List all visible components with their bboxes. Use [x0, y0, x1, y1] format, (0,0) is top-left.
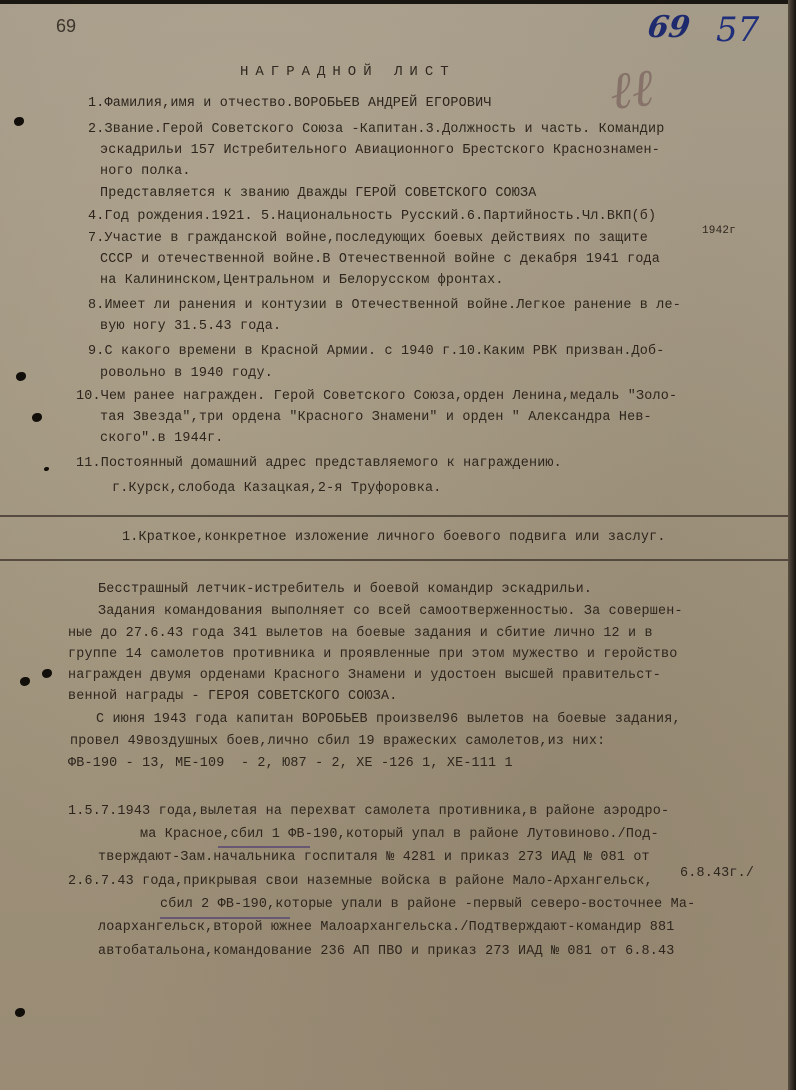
field-9-10-service: 9.С какого времени в Красной Армии. с 19… — [88, 344, 665, 360]
field-2-rank: 2.Звание.Герой Советского Союза -Капитан… — [88, 122, 665, 138]
episode-2: 2.6.7.43 года,прикрывая свои наземные во… — [68, 874, 653, 890]
episode-1-cont: ма Красное,сбил 1 ФВ-190,который упал в … — [140, 827, 659, 843]
narrative-line: венной награды - ГЕРОЯ СОВЕТСКОГО СОЮЗА. — [68, 689, 397, 705]
scan-edge-shadow — [788, 0, 796, 1090]
field-7-war-participation: 7.Участие в гражданской войне,последующи… — [88, 231, 648, 247]
binding-hole — [20, 677, 30, 686]
narrative-line: группе 14 самолетов противника и проявле… — [68, 647, 677, 663]
handwritten-underline — [160, 917, 290, 919]
binding-hole — [16, 372, 26, 381]
episode-2-cont: лоархангельск,второй южнее Малоархангель… — [98, 920, 675, 936]
document-title: НАГРАДНОЙ ЛИСТ — [240, 64, 456, 80]
field-8-cont: вую ногу 31.5.43 года. — [100, 319, 281, 335]
archive-mark-handwritten: 69 — [646, 10, 693, 45]
episode-1: 1.5.7.1943 года,вылетая на перехват само… — [68, 804, 669, 820]
section-header-feat: 1.Краткое,конкретное изложение личного б… — [122, 530, 666, 546]
field-8-wounds: 8.Имеет ли ранения и контузии в Отечеств… — [88, 298, 681, 314]
nomination-line: Представляется к званию Дважды ГЕРОЙ СОВ… — [100, 186, 537, 202]
field-11-address-value: г.Курск,слобода Казацкая,2-я Труфоровка. — [112, 481, 441, 497]
episode-1-date: 6.8.43г./ — [680, 866, 754, 882]
narrative-line: провел 49воздушных боев,лично сбил 19 вр… — [70, 734, 605, 750]
narrative-line: С июня 1943 года капитан ВОРОБЬЕВ произв… — [96, 712, 681, 728]
section-divider-top — [0, 515, 788, 517]
archive-mark-handwritten-2: 57 — [716, 10, 759, 50]
binding-hole — [42, 669, 52, 678]
narrative-line: Задания командования выполняет со всей с… — [98, 604, 683, 620]
binding-hole — [44, 467, 49, 471]
episode-1-cont: тверждают-Зам.начальника госпиталя № 428… — [98, 850, 650, 866]
binding-hole — [14, 117, 24, 126]
field-4-6-birth-nationality-party: 4.Год рождения.1921. 5.Национальность Ру… — [88, 209, 656, 225]
field-2-rank-cont: эскадрильи 157 Истребительного Авиационн… — [100, 143, 660, 159]
field-7-cont: на Калининском,Центральном и Белорусском… — [100, 273, 504, 289]
binding-hole — [32, 413, 42, 422]
narrative-line: ные до 27.6.43 года 341 вылетов на боевы… — [68, 626, 653, 642]
handwritten-underline — [218, 846, 310, 848]
signature-scribble: ℓℓ — [607, 58, 656, 122]
party-year-note: 1942г — [702, 223, 736, 239]
episode-2-cont: сбил 2 ФВ-190,которые упали в районе -пе… — [160, 897, 695, 913]
field-10-cont: тая Звезда",три ордена "Красного Знамени… — [100, 410, 652, 426]
award-sheet-page: 69 69 57 ℓℓ НАГРАДНОЙ ЛИСТ 1.Фамилия,имя… — [0, 4, 788, 1090]
kills-breakdown: ФВ-190 - 13, МЕ-109 - 2, Ю87 - 2, ХЕ -12… — [68, 756, 513, 772]
narrative-line: Бесстрашный летчик-истребитель и боевой … — [98, 582, 592, 598]
field-7-cont: СССР и отечественной войне.В Отечественн… — [100, 252, 660, 268]
field-10-cont: ского".в 1944г. — [100, 431, 224, 447]
page-number: 69 — [56, 16, 76, 37]
episode-2-cont: автобатальона,командование 236 АП ПВО и … — [98, 944, 675, 960]
binding-hole — [15, 1008, 25, 1017]
narrative-line: награжден двумя орденами Красного Знамен… — [68, 668, 661, 684]
field-1-name: 1.Фамилия,имя и отчество.ВОРОБЬЕВ АНДРЕЙ… — [88, 96, 492, 112]
field-10-awards: 10.Чем ранее награжден. Герой Советского… — [76, 389, 677, 405]
field-2-rank-cont: ного полка. — [100, 164, 191, 180]
field-11-address-label: 11.Постоянный домашний адрес представляе… — [76, 456, 562, 472]
field-9-10-cont: ровольно в 1940 году. — [100, 366, 273, 382]
section-divider-bottom — [0, 559, 788, 561]
